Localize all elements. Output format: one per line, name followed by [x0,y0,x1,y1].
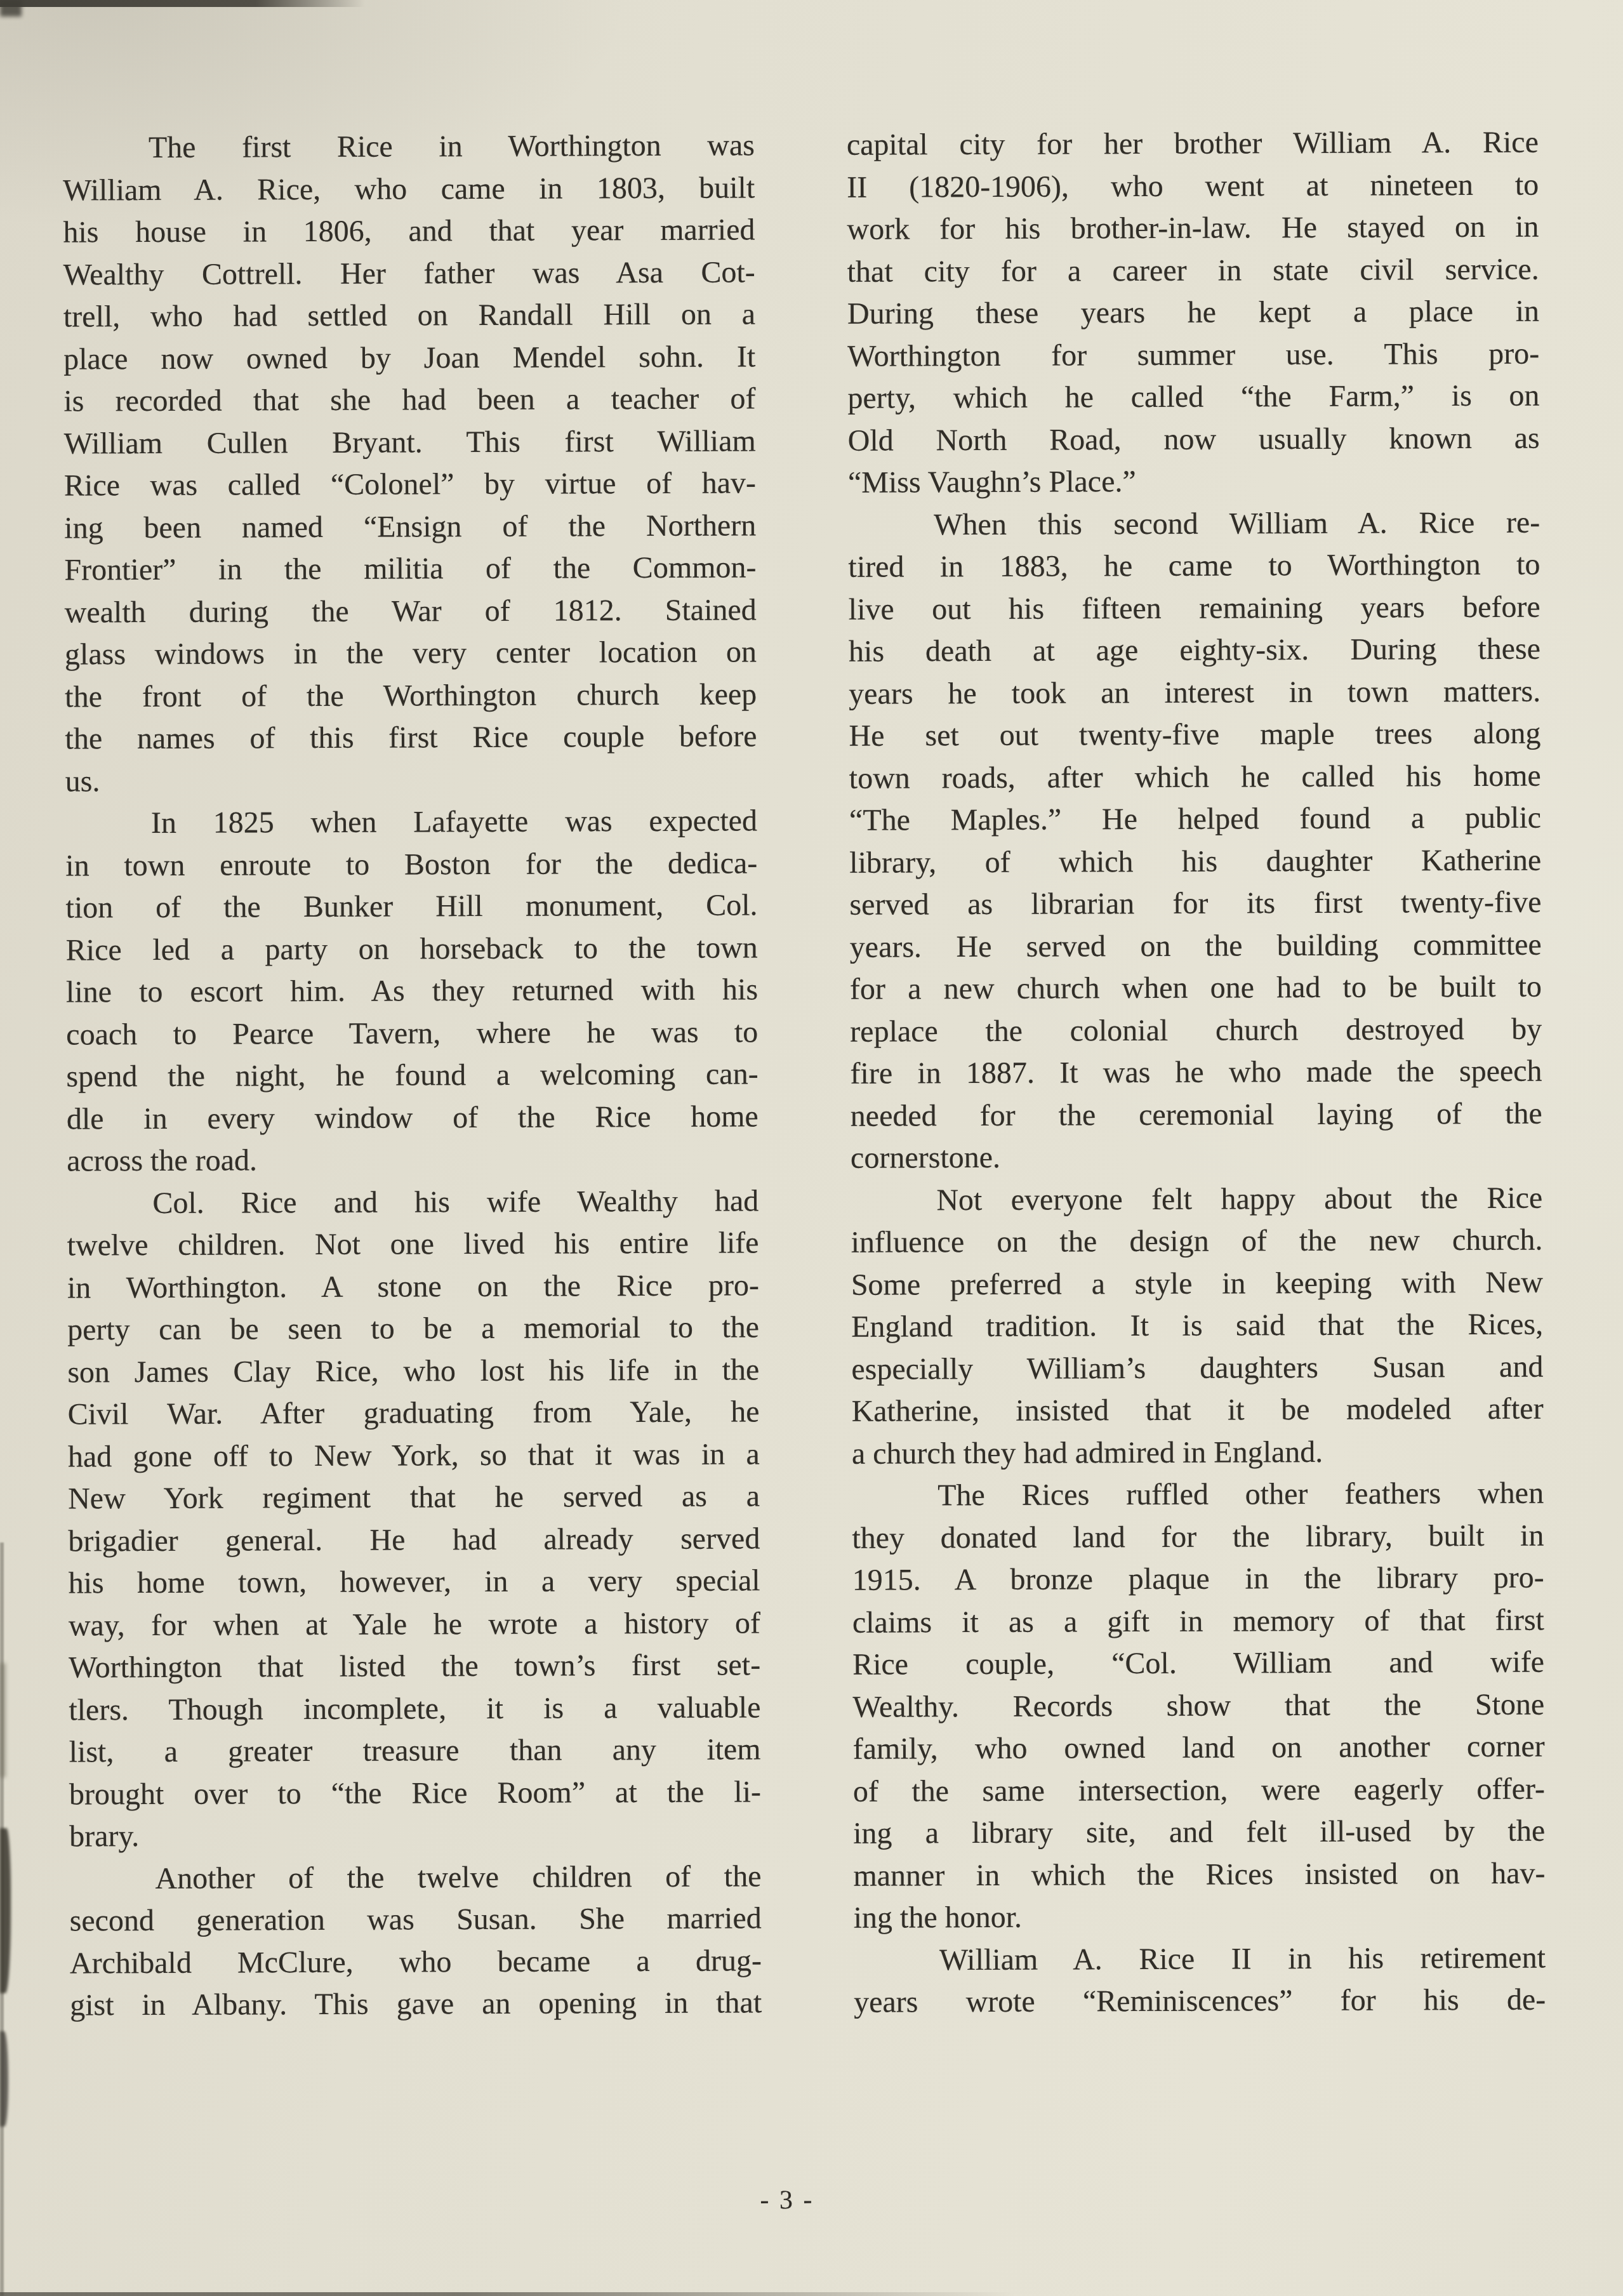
text-line: live out his fifteen remaining years bef… [849,586,1540,631]
text-line: During these years he kept a place in [847,291,1539,336]
text-line: perty can be seen to be a memorial to th… [67,1306,759,1351]
page-content: The first Rice in Worthington wasWilliam… [0,0,1623,2296]
text-line: they donated land for the library, built… [852,1515,1544,1560]
text-line: II (1820-1906), who went at nineteen to [847,164,1539,209]
text-line: in Worthington. A stone on the Rice pro- [67,1264,759,1310]
text-line: family, who owned land on another corner [853,1726,1545,1771]
text-line: Katherine, insisted that it be modeled a… [851,1388,1543,1433]
text-line: town roads, after which he called his ho… [849,755,1541,800]
text-line: needed for the ceremonial laying of the [851,1092,1542,1138]
text-line: had gone off to New York, so that it was… [68,1433,760,1478]
text-line: He set out twenty-five maple trees along [849,713,1540,758]
text-line: Some preferred a style in keeping with N… [851,1261,1543,1306]
text-line: tlers. Though incomplete, it is a valuab… [69,1687,760,1732]
text-line: coach to Pearce Tavern, where he was to [66,1011,758,1056]
text-line: England tradition. It is said that the R… [851,1304,1543,1349]
text-line: “The Maples.” He helped found a public [849,797,1541,842]
paragraph: William A. Rice II in his retirementyear… [854,1937,1546,2024]
text-line: served as librarian for its first twenty… [849,882,1541,927]
text-line: Old North Road, now usually known as [848,417,1540,462]
text-line: “Miss Vaughn’s Place.” [848,460,1540,505]
text-line: dle in every window of the Rice home [67,1096,759,1141]
text-line: the front of the Worthington church keep [65,674,757,719]
text-line: brought over to “the Rice Room” at the l… [69,1771,761,1816]
text-line: wealth during the War of 1812. Stained [65,589,757,634]
text-line: fire in 1887. It was he who made the spe… [850,1051,1542,1096]
text-line: Archibald McClure, who became a drug- [70,1940,762,1985]
text-line: ing been named “Ensign of the Northern [64,505,756,550]
text-line: is recorded that she had been a teacher … [63,378,755,423]
text-line: spend the night, he found a welcoming ca… [66,1053,758,1098]
text-line: library, of which his daughter Katherine [849,839,1541,884]
text-line: years. He served on the building committ… [850,924,1542,969]
text-line: ing the honor. [854,1895,1546,1940]
text-line: place now owned by Joan Mendel sohn. It [63,336,755,381]
text-line: in town enroute to Boston for the dedica… [65,842,757,887]
text-line: a church they had admired in England. [852,1430,1544,1475]
text-line: 1915. A bronze plaque in the library pro… [852,1557,1544,1602]
text-line: Rice couple, “Col. William and wife [852,1642,1544,1687]
paragraph: The Rices ruffled other feathers whenthe… [852,1473,1546,1940]
text-line: that city for a career in state civil se… [847,248,1539,293]
paragraph: When this second William A. Rice re-tire… [848,501,1542,1179]
text-line: son James Clay Rice, who lost his life i… [67,1349,759,1394]
text-line: replace the colonial church destroyed by [850,1008,1542,1053]
text-line: Rice led a party on horseback to the tow… [66,927,758,972]
text-line: way, for when at Yale he wrote a history… [69,1602,760,1647]
text-line: line to escort him. As they returned wit… [66,969,758,1014]
paragraph: In 1825 when Lafayette was expectedin to… [65,800,759,1183]
text-line: of the same intersection, were eagerly o… [853,1768,1545,1813]
text-line: When this second William A. Rice re- [848,501,1540,547]
text-line: especially William’s daughters Susan and [851,1346,1543,1391]
text-line: Civil War. After graduating from Yale, h… [67,1391,759,1436]
text-line: William A. Rice, who came in 1803, built [63,167,755,212]
text-line: twelve children. Not one lived his entir… [67,1222,759,1267]
text-line: glass windows in the very center locatio… [65,631,757,676]
column-left: The first Rice in Worthington wasWilliam… [63,124,762,2027]
paragraph: Not everyone felt happy about the Ricein… [851,1177,1544,1475]
text-line: his home town, however, in a very specia… [68,1560,760,1605]
page-number: - 3 - [0,2182,1598,2219]
text-line: years wrote “Reminiscences” for his de- [854,1979,1546,2024]
text-line: brigadier general. He had already served [68,1518,760,1563]
text-line: across the road. [67,1138,759,1183]
text-line: Another of the twelve children of the [69,1855,761,1901]
text-line: brary. [69,1813,761,1858]
text-line: for a new church when one had to be buil… [850,966,1542,1011]
text-line: In 1825 when Lafayette was expected [65,800,757,845]
text-line: manner in which the Rices insisted on ha… [853,1852,1545,1897]
text-line: cornerstone. [851,1135,1542,1180]
text-line: gist in Albany. This gave an opening in … [70,1982,762,2027]
text-line: Rice was called “Colonel” by virtue of h… [64,462,756,507]
text-line: Frontier” in the militia of the Common- [64,547,756,592]
text-line: ing a library site, and felt ill-used by… [853,1810,1545,1855]
text-line: years he took an interest in town matter… [849,670,1540,715]
text-line: perty, which he called “the Farm,” is on [847,375,1539,420]
text-line: Wealthy Cottrell. Her father was Asa Cot… [63,251,755,296]
text-line: The Rices ruffled other feathers when [852,1473,1544,1518]
text-line: Not everyone felt happy about the Rice [851,1177,1542,1222]
text-line: New York regiment that he served as a [68,1475,760,1520]
text-line: William Cullen Bryant. This first Willia… [64,420,756,465]
scanned-book-page: { "page": { "number_label": "- 3 -", "pa… [0,0,1623,2296]
text-line: second generation was Susan. She married [70,1897,762,1942]
text-line: us. [65,758,757,803]
text-line: his house in 1806, and that year married [63,209,755,254]
text-line: The first Rice in Worthington was [63,124,755,169]
paragraph: The first Rice in Worthington wasWilliam… [63,124,757,802]
text-line: Worthington that listed the town’s first… [69,1644,760,1689]
text-line: trell, who had settled on Randall Hill o… [63,293,755,338]
text-line: Wealthy. Records show that the Stone [852,1683,1544,1729]
text-line: claims it as a gift in memory of that fi… [852,1599,1544,1644]
text-line: Col. Rice and his wife Wealthy had [67,1180,759,1225]
text-line: work for his brother-in-law. He stayed o… [847,206,1539,251]
paragraph: Col. Rice and his wife Wealthy hadtwelve… [67,1180,761,1858]
text-line: tion of the Bunker Hill monument, Col. [65,884,757,929]
text-line: William A. Rice II in his retirement [854,1937,1546,1982]
text-line: Worthington for summer use. This pro- [847,333,1539,378]
text-line: the names of this first Rice couple befo… [65,715,757,760]
column-right: capital city for her brother William A. … [847,122,1546,2024]
text-line: his death at age eighty-six. During thes… [849,628,1540,674]
text-line: capital city for her brother William A. … [847,122,1539,167]
text-line: tired in 1883, he came to Worthington to [848,544,1540,589]
paragraph: Another of the twelve children of thesec… [69,1855,762,2027]
text-line: influence on the design of the new churc… [851,1219,1542,1264]
paragraph: capital city for her brother William A. … [847,122,1540,505]
text-line: list, a greater treasure than any item [69,1729,761,1774]
